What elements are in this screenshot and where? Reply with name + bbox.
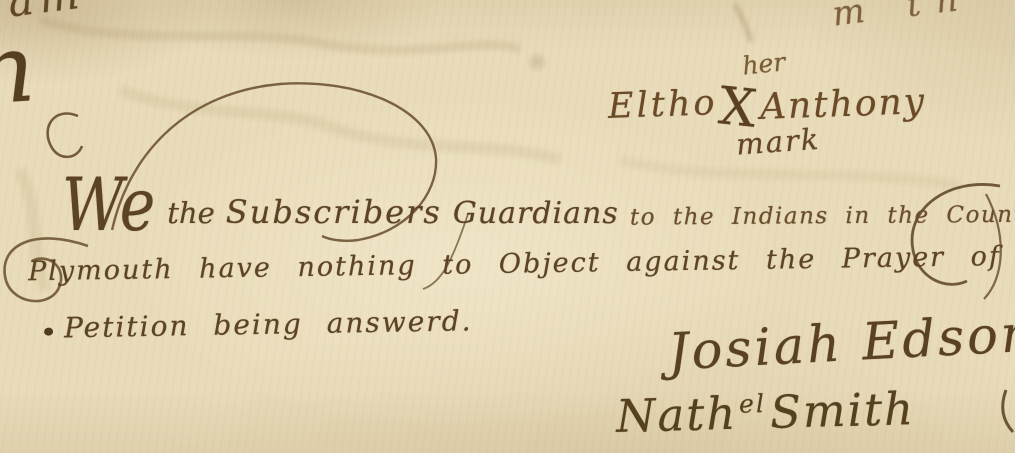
ink-blot-dot bbox=[44, 327, 53, 335]
anthony-mark-attestation: her Eltho X Anthony mark bbox=[608, 42, 927, 155]
signature-josiah-edson: Josiah Edson bbox=[667, 304, 1015, 382]
smith-tail-flourish bbox=[1003, 390, 1013, 432]
signature-nathaniel-smith: Nath el Smith bbox=[615, 382, 915, 443]
word-the: the bbox=[167, 196, 215, 230]
statement-line-1: We the Subscribers Guardians to the Indi… bbox=[62, 168, 1015, 238]
statement-line-3: Petition being answerd. bbox=[44, 304, 473, 344]
faint-text-top-right: m th bbox=[830, 0, 976, 35]
word-we: We bbox=[62, 163, 156, 248]
manuscript-page: am h m th her Eltho X Anthony mark We th… bbox=[0, 0, 1015, 453]
signer-given-name: Eltho bbox=[607, 83, 718, 127]
line3-text: Petition being answerd. bbox=[64, 304, 473, 344]
statement-line-2: Plymouth have nothing to Object against … bbox=[28, 240, 1015, 288]
we-lead-curl bbox=[48, 114, 82, 157]
cropped-letter-left-edge: h bbox=[0, 14, 40, 127]
signature-smith-superscript: el bbox=[739, 389, 767, 419]
signature-smith-surname: Smith bbox=[769, 382, 915, 439]
word-guardians: Guardians bbox=[453, 196, 619, 231]
word-subscribers: Subscribers bbox=[226, 193, 442, 231]
signature-smith-prefix: Nath bbox=[615, 387, 738, 443]
line1-remainder: to the Indians in the County of bbox=[630, 201, 1015, 230]
